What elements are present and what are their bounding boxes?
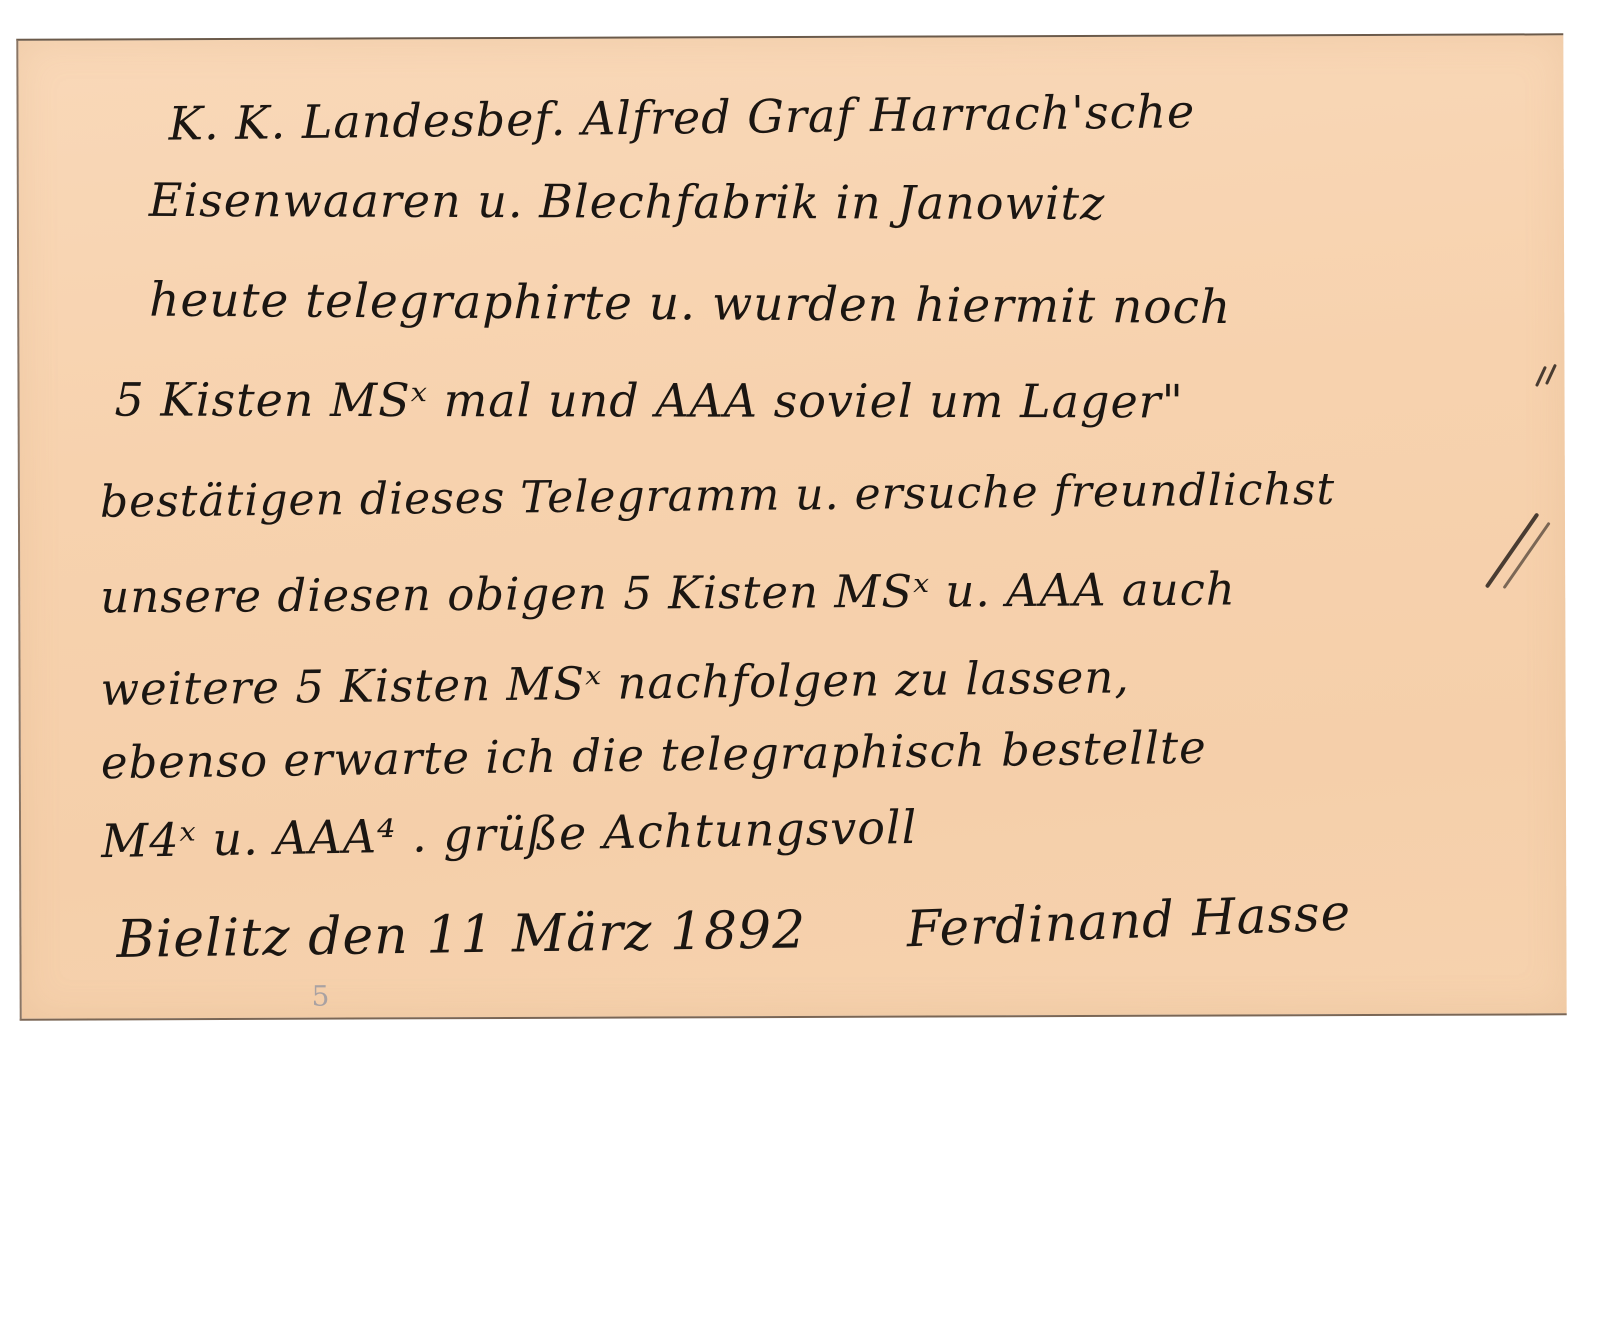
text-line-2: Eisenwaaren u. Blechfabrik in Janowitz [149,173,1106,230]
text-line-7: weitere 5 Kisten MSˣ nachfolgen zu lasse… [100,650,1130,716]
text-line-4: 5 Kisten MSˣ mal und AAA soviel um Lager… [115,373,1184,429]
text-line-9: M4ˣ u. AAA⁴ . grüße Achtungsvoll [101,800,918,868]
postcard: K. K. Landesbef. Alfred Graf Harrach'sch… [16,33,1566,1020]
text-line-5: bestätigen dieses Telegramm u. ersuche f… [100,464,1336,528]
text-line-1: K. K. Landesbef. Alfred Graf Harrach'sch… [168,84,1195,151]
text-line-8: ebenso erwarte ich die telegraphisch bes… [100,721,1207,789]
place-date: Bielitz den 11 März 1892 [116,900,807,970]
signature: Ferdinand Hasse [905,883,1352,958]
margin-pencil-mark: 5 [312,980,331,1013]
text-line-3: heute telegraphirte u. wurden hiermit no… [149,273,1231,336]
text-line-6: unsere diesen obigen 5 Kisten MSˣ u. AAA… [100,562,1236,623]
